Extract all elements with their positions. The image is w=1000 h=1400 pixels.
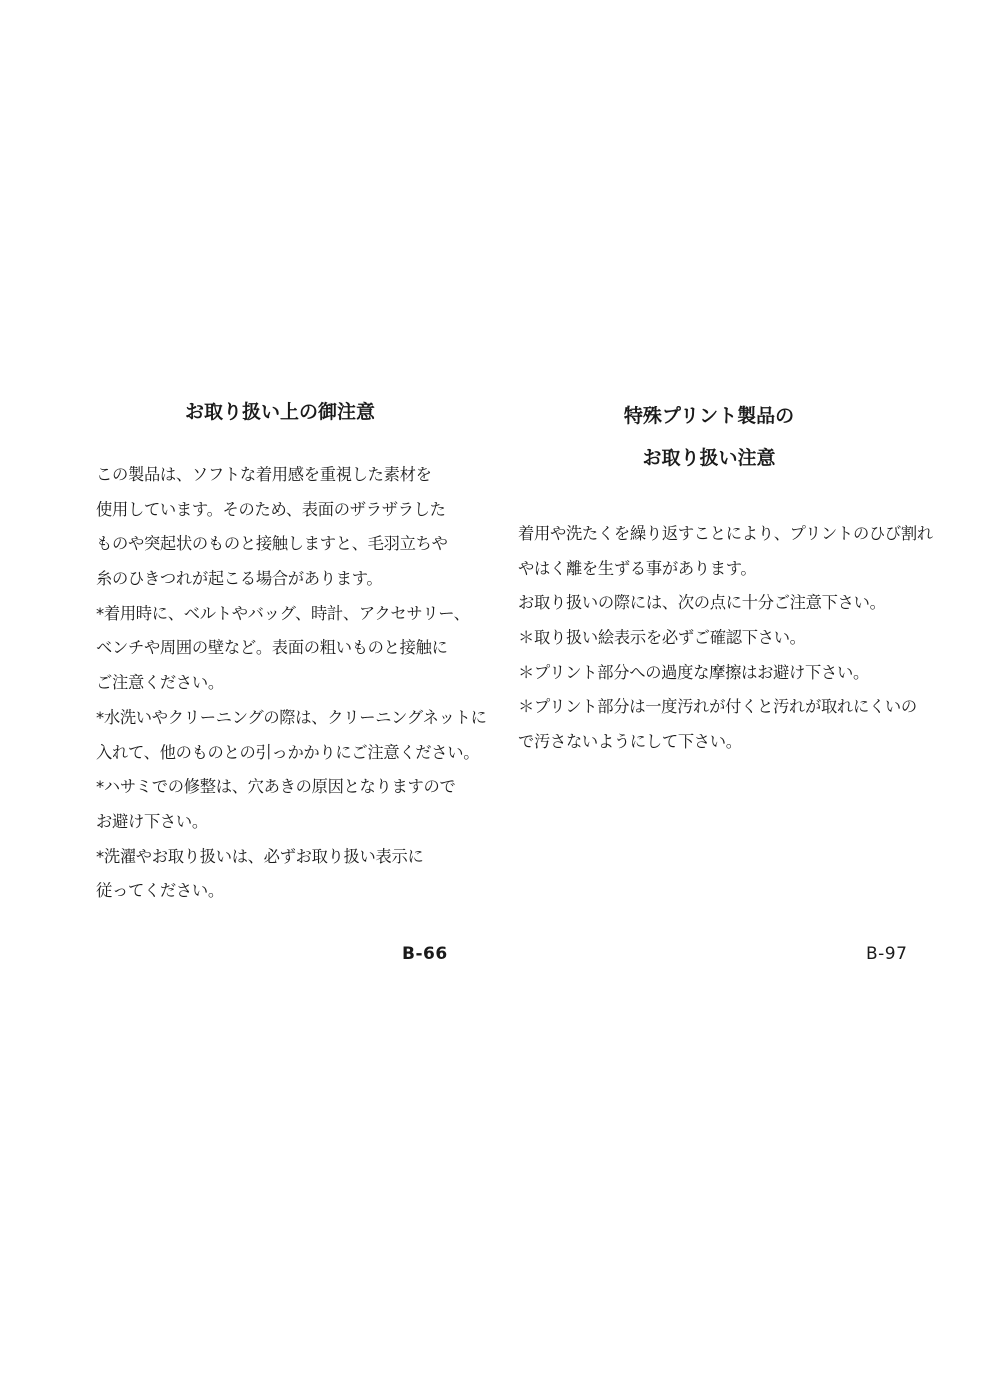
text-line: 糸のひきつれが起こる場合があります。 (96, 562, 476, 597)
text-line: ものや突起状のものと接触しますと、毛羽立ちや (96, 527, 476, 562)
print-care-section: 特殊プリント製品の お取り扱い注意 着用や洗たくを繰り返すことにより、プリントの… (518, 395, 928, 760)
care-instructions-body: この製品は、ソフトな着用感を重視した素材を 使用しています。そのため、表面のザラ… (96, 458, 476, 909)
text-line: ＊プリント部分は一度汚れが付くと汚れが取れにくいの (518, 690, 928, 725)
page-number-left: B-66 (402, 942, 448, 966)
care-instructions-section: お取り扱い上の御注意 この製品は、ソフトな着用感を重視した素材を 使用しています… (96, 395, 476, 909)
text-line: ＊プリント部分への過度な摩擦はお避け下さい。 (518, 656, 928, 691)
text-line: お取り扱いの際には、次の点に十分ご注意下さい。 (518, 586, 928, 621)
text-line: 使用しています。そのため、表面のザラザラした (96, 493, 476, 528)
text-line: 従ってください。 (96, 874, 476, 909)
print-care-title-line2: お取り扱い注意 (514, 437, 904, 479)
text-line: やはく離を生ずる事があります。 (518, 552, 928, 587)
text-line: *着用時に、ベルトやバッグ、時計、アクセサリー、 (96, 597, 476, 632)
text-line: この製品は、ソフトな着用感を重視した素材を (96, 458, 476, 493)
print-care-title: 特殊プリント製品の お取り扱い注意 (514, 395, 904, 479)
print-care-body: 着用や洗たくを繰り返すことにより、プリントのひび割れ やはく離を生ずる事がありま… (518, 517, 928, 760)
text-line: 着用や洗たくを繰り返すことにより、プリントのひび割れ (518, 517, 928, 552)
text-line: 入れて、他のものとの引っかかりにご注意ください。 (96, 736, 476, 771)
care-instructions-title: お取り扱い上の御注意 (90, 395, 470, 429)
text-line: *ハサミでの修整は、穴あきの原因となりますので (96, 770, 476, 805)
text-line: *洗濯やお取り扱いは、必ずお取り扱い表示に (96, 840, 476, 875)
text-line: お避け下さい。 (96, 805, 476, 840)
text-line: で汚さないようにして下さい。 (518, 725, 928, 760)
print-care-title-line1: 特殊プリント製品の (514, 395, 904, 437)
text-line: ベンチや周囲の壁など。表面の粗いものと接触に (96, 631, 476, 666)
text-line: ＊取り扱い絵表示を必ずご確認下さい。 (518, 621, 928, 656)
text-line: ご注意ください。 (96, 666, 476, 701)
text-line: *水洗いやクリーニングの際は、クリーニングネットに (96, 701, 476, 736)
page-number-right: B-97 (866, 942, 907, 966)
